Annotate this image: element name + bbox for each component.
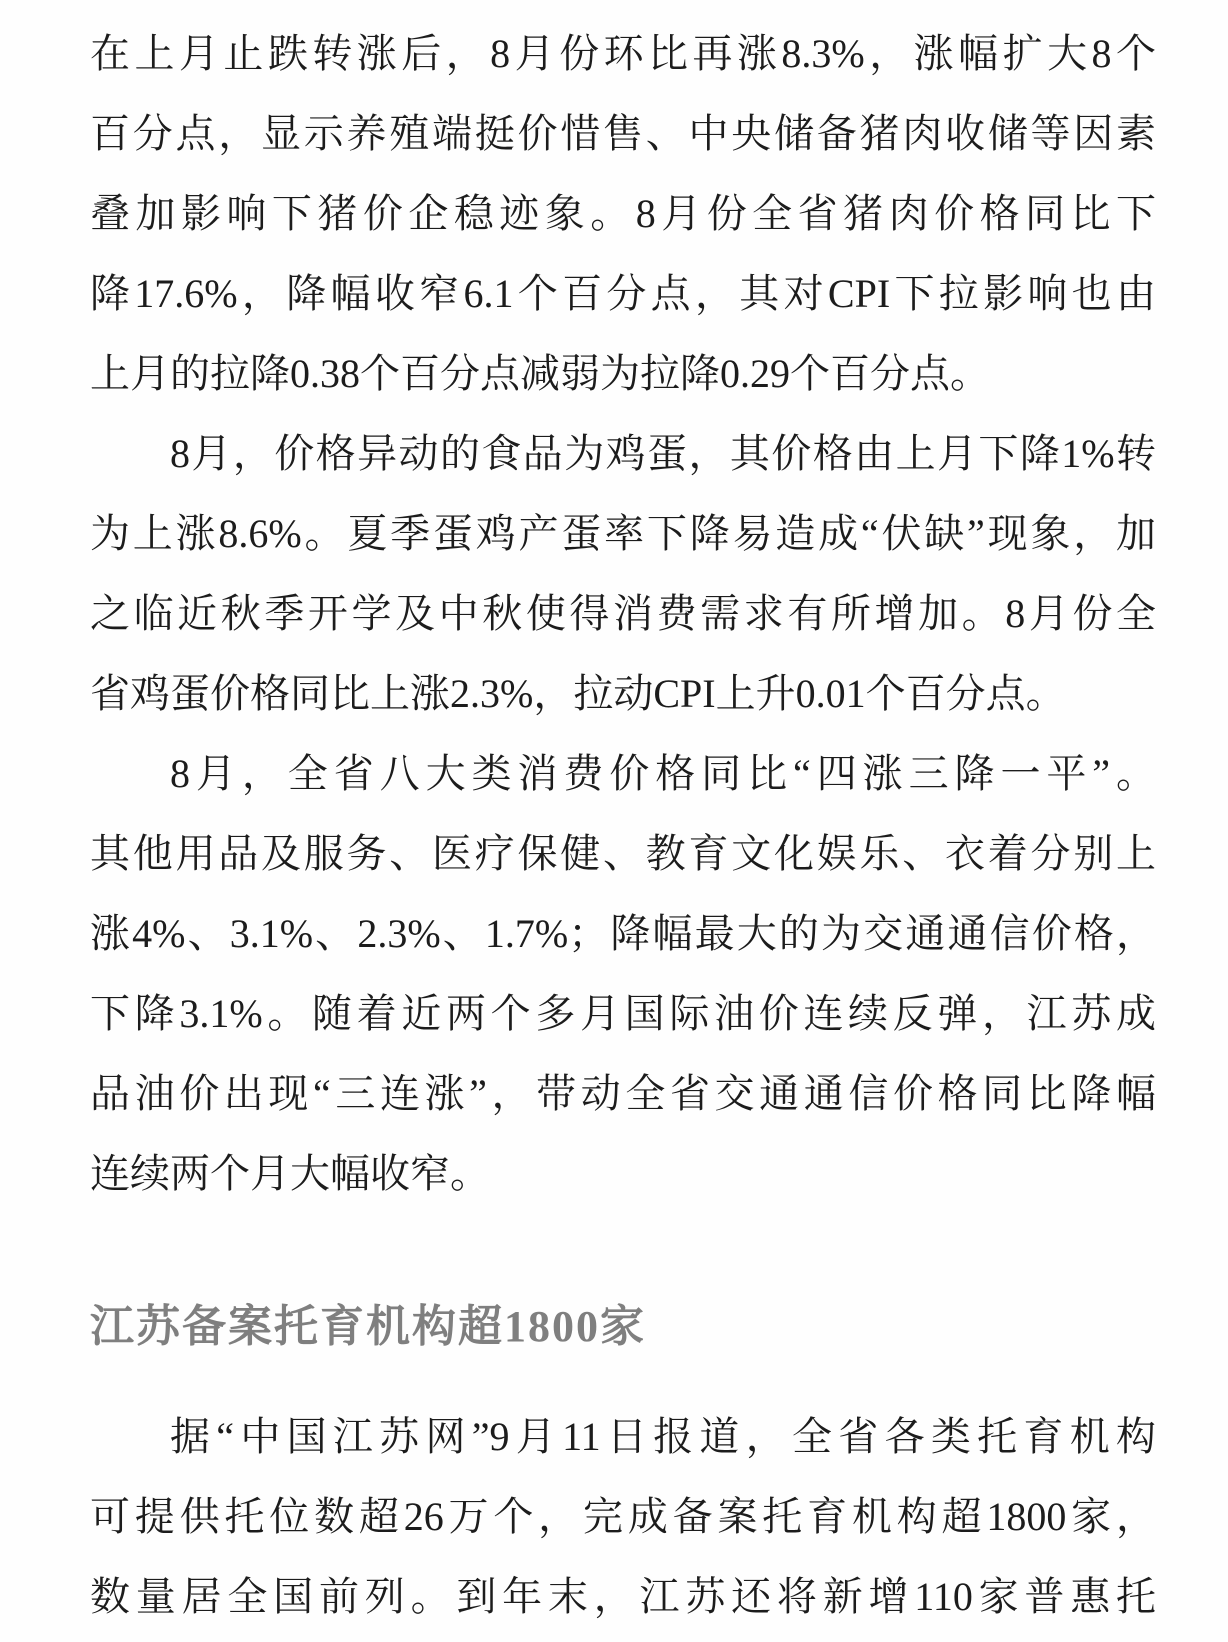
text-line: 百分点，显示养殖端挺价惜售、中央储备猪肉收储等因素 xyxy=(90,94,1156,174)
text-line: 品油价出现“三连涨”，带动全省交通通信价格同比降幅 xyxy=(90,1054,1156,1134)
text-line: 连续两个月大幅收窄。 xyxy=(90,1134,1156,1214)
paragraph-pork-price-cpi: 在上月止跌转涨后，8月份环比再涨8.3%，涨幅扩大8个 百分点，显示养殖端挺价惜… xyxy=(90,14,1156,414)
text-line: 据“中国江苏网”9月11日报道，全省各类托育机构 xyxy=(90,1397,1156,1477)
paragraph-childcare-facilities: 据“中国江苏网”9月11日报道，全省各类托育机构 可提供托位数超26万个，完成备… xyxy=(90,1397,1156,1637)
text-line: 可提供托位数超26万个，完成备案托育机构超1800家， xyxy=(90,1477,1156,1557)
text-line: 其他用品及服务、医疗保健、教育文化娱乐、衣着分别上 xyxy=(90,814,1156,894)
text-line: 在上月止跌转涨后，8月份环比再涨8.3%，涨幅扩大8个 xyxy=(90,14,1156,94)
text-line: 之临近秋季开学及中秋使得消费需求有所增加。8月份全 xyxy=(90,574,1156,654)
document-page: 在上月止跌转涨后，8月份环比再涨8.3%，涨幅扩大8个 百分点，显示养殖端挺价惜… xyxy=(0,0,1228,1642)
text-line: 下降3.1%。随着近两个多月国际油价连续反弹，江苏成 xyxy=(90,974,1156,1054)
text-line: 为上涨8.6%。夏季蛋鸡产蛋率下降易造成“伏缺”现象，加 xyxy=(90,494,1156,574)
text-line: 省鸡蛋价格同比上涨2.3%，拉动CPI上升0.01个百分点。 xyxy=(90,654,1156,734)
text-line: 涨4%、3.1%、2.3%、1.7%；降幅最大的为交通通信价格， xyxy=(90,894,1156,974)
section-heading-childcare: 江苏备案托育机构超1800家 xyxy=(90,1297,1156,1357)
paragraph-eight-consumer-categories: 8月，全省八大类消费价格同比“四涨三降一平”。 其他用品及服务、医疗保健、教育文… xyxy=(90,734,1156,1214)
text-line: 8月，全省八大类消费价格同比“四涨三降一平”。 xyxy=(90,734,1156,814)
text-line: 叠加影响下猪价企稳迹象。8月份全省猪肉价格同比下 xyxy=(90,174,1156,254)
text-line: 8月，价格异动的食品为鸡蛋，其价格由上月下降1%转 xyxy=(90,414,1156,494)
text-line: 数量居全国前列。到年末，江苏还将新增110家普惠托 xyxy=(90,1557,1156,1637)
text-line: 上月的拉降0.38个百分点减弱为拉降0.29个百分点。 xyxy=(90,334,1156,414)
text-column: 在上月止跌转涨后，8月份环比再涨8.3%，涨幅扩大8个 百分点，显示养殖端挺价惜… xyxy=(90,14,1156,1637)
text-line: 降17.6%，降幅收窄6.1个百分点，其对CPI下拉影响也由 xyxy=(90,254,1156,334)
paragraph-egg-price: 8月，价格异动的食品为鸡蛋，其价格由上月下降1%转 为上涨8.6%。夏季蛋鸡产蛋… xyxy=(90,414,1156,734)
